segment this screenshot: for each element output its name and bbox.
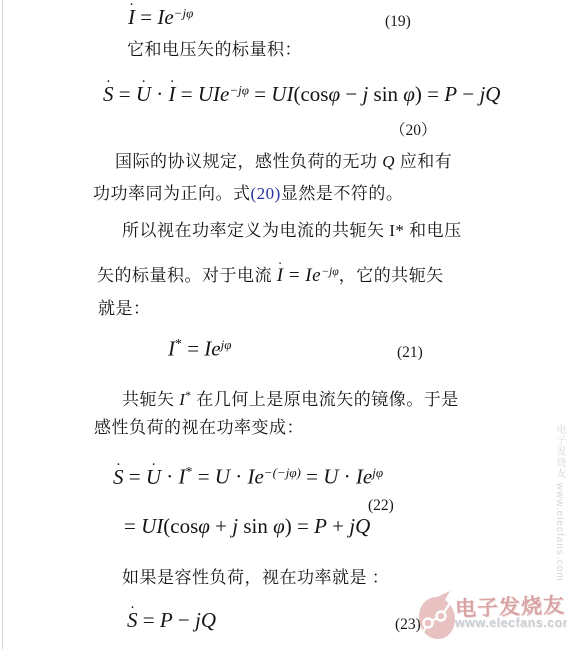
formula-token: · [338,465,356,489]
formula-token: Ie [204,337,220,361]
elecfans-logo-icon [417,589,457,645]
document-page: { "meta": { "background": "#ffffff", "te… [0,0,567,649]
formula-token: ·I [128,5,135,30]
equation-21: I* = Iejφ [168,336,231,362]
paragraph-2-line-2-text-a: 矢的标量积。对于电流 [97,266,277,285]
formula-token: ·I [169,82,176,107]
formula-token: 国际的协议规定，感性负荷的无功 [115,152,382,171]
formula-token: I [168,337,175,361]
formula-token: 它和电压矢的标量积： [127,40,302,59]
phasor-dot: · [170,75,175,90]
formula-token: − [173,608,195,632]
formula-token: + [210,514,232,538]
formula-token: ·U [146,465,161,490]
equation-19-number: (19) [385,13,411,31]
formula-token: Ie [305,265,321,286]
formula-token: − [457,82,479,106]
equation-20: ·S = ·U · ·I = UIe−jφ = UI(cosφ − j sin … [103,82,500,107]
formula-token: jφ [221,337,232,352]
formula-token: jQ [479,82,500,106]
formula-token: 所以视在功率定义为电流的共轭矢 [122,221,389,240]
formula-token: = [249,82,271,106]
formula-token: 在几何上是原电流矢的镜像。于是 [192,390,459,409]
formula-token: ) = [415,82,444,106]
formula-token: 应和有 [395,152,452,171]
intro-scalar-product-text: 它和电压矢的标量积： [127,39,302,62]
equation-21-number: (21) [397,344,423,362]
formula-token: −jφ [321,265,339,278]
formula-token: U [215,465,230,489]
formula-token: 共轭矢 [122,390,179,409]
formula-token: · [230,465,248,489]
formula-token: = [135,5,157,29]
paragraph-2-line-3: 就是： [98,298,151,321]
equation-reference-text: (20) [251,184,281,203]
formula-token: = [124,465,146,489]
paragraph-4-line-1: 如果是容性负荷，视在功率就是 ： [122,567,389,590]
phasor-dot: · [106,75,111,90]
formula-token: ·S [113,465,124,490]
formula-token: ·S [103,82,114,107]
phasor-dot: · [129,0,134,13]
paragraph-1-line-2: 功功率同为正向。式(20)显然是不符的。 [93,183,403,206]
formula-token: = [114,82,136,106]
formula-token: UIe [198,82,229,106]
formula-token: = [138,608,160,632]
formula-token: = [176,82,198,106]
formula-token: = [284,265,306,286]
equation-22-number: (22) [368,497,394,515]
formula-token: 如果是容性负荷，视在功率就是 ： [122,568,389,587]
formula-token: −jφ [174,6,194,21]
formula-token: · [161,465,179,489]
formula-token: jQ [195,608,216,632]
paragraph-2-line-2-text-b: ，它的共轭矢 [339,266,444,285]
formula-token: = [192,465,214,489]
formula-token: 显然是不符的。 [281,184,404,203]
equation-23: ·S = P − jQ [127,608,216,633]
paragraph-3-line-2: 感性负荷的视在功率变成： [94,417,304,440]
formula-token: ·U [136,82,151,107]
page-left-border [2,0,3,649]
phasor-dot: · [278,257,283,270]
paragraph-3-line-1: 共轭矢 I* 在几何上是原电流矢的镜像。于是 [122,389,459,412]
formula-token: I [179,465,186,489]
formula-token: φ [198,514,210,538]
formula-token: 矢的标量积。对于电流 [97,266,277,285]
inline-current-formula: ·I = Ie−jφ [277,265,339,286]
formula-token: −(−jφ) [264,465,301,480]
formula-token: = [182,337,204,361]
formula-token: 感性负荷的视在功率变成： [94,418,304,437]
formula-token: 功功率同为正向。式 [93,184,251,203]
elecfans-watermark: 电子发烧友 www.elecfans.com [417,589,567,647]
formula-token: ·S [127,608,138,633]
phasor-dot: · [116,458,121,473]
formula-token: − [340,82,362,106]
phasor-dot: · [151,458,156,473]
formula-token: φ [273,514,285,538]
vertical-site-watermark: 电子发烧友 www.elecfans.com [552,424,567,564]
formula-token: P [160,608,173,632]
formula-token: Q [382,152,395,171]
formula-token: · [151,82,169,106]
formula-token: Ie [157,5,173,29]
formula-token: P [314,514,327,538]
paragraph-2-line-1: 所以视在功率定义为电流的共轭矢 I* 和电压 [122,220,462,243]
formula-token: φ [403,82,415,106]
formula-token: 和电压 [404,221,461,240]
phasor-dot: · [130,601,135,616]
elecfans-url-text: www.elecfans.com [455,616,567,630]
formula-token: jφ [372,465,383,480]
formula-token: sin [238,514,273,538]
formula-token: (cos [163,514,198,538]
formula-token: P [444,82,457,106]
formula-token: UI [271,82,293,106]
formula-token: 就是： [98,299,151,318]
formula-token: φ [328,82,340,106]
formula-token: UI [141,514,163,538]
equation-19: ·I = Ie−jφ [128,5,193,30]
equation-20-number: （20） [390,118,437,140]
formula-token: jQ [349,514,370,538]
formula-token: sin [368,82,403,106]
formula-token: * [175,336,182,351]
formula-token: U [323,465,338,489]
formula-token: + [327,514,349,538]
formula-token: (cos [293,82,328,106]
paragraph-2-line-2: 矢的标量积。对于电流 ·I = Ie−jφ，它的共轭矢 [97,263,444,289]
formula-token: ，它的共轭矢 [339,266,444,285]
formula-token: ·I [277,263,284,289]
equation-22-row-1: ·S = ·U · I* = U · Ie−(−jφ) = U · Iejφ [113,464,383,490]
formula-token: Ie [356,465,372,489]
formula-token: Ie [247,465,263,489]
phasor-dot: · [141,75,146,90]
equation-22-row-2: = UI(cosφ + j sin φ) = P + jQ [124,514,370,539]
formula-token: = [124,514,141,538]
formula-token: −jφ [229,83,249,98]
formula-token: = [301,465,323,489]
paragraph-1-line-1: 国际的协议规定，感性负荷的无功 Q 应和有 [115,151,452,174]
formula-token: I* [389,221,404,240]
formula-token: ) = [285,514,314,538]
